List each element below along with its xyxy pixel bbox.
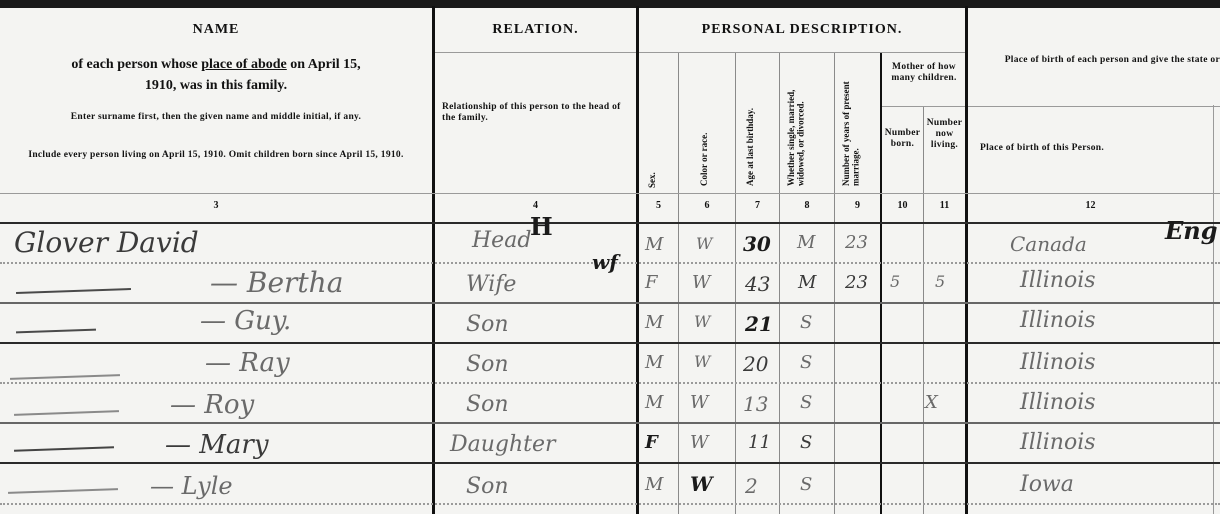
row-rule-6 (0, 462, 1220, 464)
row-1-age: 30 (743, 232, 771, 256)
row-2-birthplace: Illinois (1020, 268, 1096, 293)
col-number-3: 3 (0, 200, 432, 211)
relation-title-rule (435, 52, 636, 53)
row-2-ditto-mark (16, 288, 131, 294)
row-2-children-living: 5 (935, 272, 945, 291)
col-number-10: 10 (882, 200, 923, 211)
row-7-race: W (690, 472, 712, 496)
row-1-name: Glover David (14, 226, 199, 259)
row-6-marital: S (800, 432, 812, 453)
row-7-relation: Son (466, 474, 509, 499)
row-6-name: — Mary (165, 430, 269, 460)
personal-title-rule (639, 52, 965, 53)
row-rule-7 (0, 503, 1220, 505)
row-6-age: 11 (748, 432, 771, 453)
divider-mother-group (880, 52, 882, 514)
row-rule-3 (0, 342, 1220, 344)
col-number-8: 8 (780, 200, 834, 211)
row-6-relation: Daughter (450, 432, 556, 457)
row-2-years-married: 23 (845, 272, 868, 293)
row-2-age: 43 (745, 272, 770, 296)
census-sheet: NAME of each person whose place of abode… (0, 0, 1220, 514)
row-1-relation: Head (472, 228, 531, 253)
row-4-race: W (694, 352, 710, 371)
row-4-ditto-mark (10, 374, 120, 380)
nativity-sub-rule (968, 106, 1220, 107)
col-number-4: 4 (435, 200, 636, 211)
row-1-margin-note: wf (592, 250, 618, 274)
row-rule-4 (0, 382, 1220, 384)
col-years-married-label: Number of years of present marriage. (842, 56, 870, 186)
row-5-birthplace: Illinois (1020, 390, 1096, 415)
row-5-sex: M (645, 392, 663, 413)
mother-group-rule (882, 106, 965, 107)
name-header-line1-pre: of each person whose (71, 57, 201, 72)
row-3-name: — Guy. (200, 306, 291, 336)
col-marital-label: Whether single, married, widowed, or div… (787, 56, 825, 186)
row-4-sex: M (645, 352, 663, 373)
row-6-race: W (690, 432, 709, 453)
row-2-children-born: 5 (890, 272, 900, 291)
divider-col5 (678, 52, 679, 514)
col-number-living-label: Number now living. (924, 118, 965, 151)
col-number-born-label: Number born. (882, 128, 923, 150)
row-1-birthplace-note: Eng (1165, 216, 1218, 245)
row-5-ditto-mark (14, 410, 119, 416)
mother-group-label: Mother of how many children. (884, 62, 964, 84)
row-5-race: W (690, 392, 709, 413)
col-number-6: 6 (679, 200, 735, 211)
divider-col7 (779, 52, 780, 514)
row-3-sex: M (645, 312, 663, 333)
col-race-label: Color or race. (700, 86, 710, 186)
row-1-sex: M (645, 234, 663, 255)
nativity-header-title: Place of birth of each person and give t… (975, 55, 1220, 66)
col-number-7: 7 (736, 200, 779, 211)
name-header-line2: 1910, was in this family. (0, 76, 432, 95)
row-2-name: — Bertha (210, 266, 343, 299)
column-number-rule (0, 193, 1220, 194)
name-header-title: NAME (0, 22, 432, 38)
row-1-birthplace: Canada (1010, 232, 1087, 256)
row-rule-2 (0, 302, 1220, 304)
col-age-label: Age at last birthday. (746, 58, 768, 186)
row-1-years-married: 23 (845, 232, 868, 253)
row-3-ditto-mark (16, 329, 96, 334)
nativity-sub-label: Place of birth of this Person. (980, 143, 1200, 154)
col-number-12: 12 (968, 200, 1213, 211)
row-7-marital: S (800, 474, 812, 495)
personal-description-title: PERSONAL DESCRIPTION. (639, 22, 965, 38)
divider-col6 (735, 52, 736, 514)
col-number-11: 11 (924, 200, 965, 211)
row-2-race: W (692, 272, 711, 293)
row-6-birthplace: Illinois (1020, 430, 1096, 455)
row-3-marital: S (800, 312, 812, 333)
row-5-age: 13 (743, 392, 768, 416)
row-6-ditto-mark (14, 446, 114, 451)
row-5-relation: Son (466, 392, 509, 417)
name-header-line1-post: on April 15, (287, 57, 361, 72)
relation-header-title: RELATION. (435, 22, 636, 38)
row-4-birthplace: Illinois (1020, 350, 1096, 375)
name-header-underlined: place of abode (201, 57, 287, 72)
name-instruction-2: Include every person living on April 15,… (10, 150, 422, 161)
row-7-birthplace: Iowa (1020, 472, 1074, 497)
row-3-race: W (694, 312, 710, 331)
divider-personal-nativity (965, 6, 968, 514)
col-number-5: 5 (639, 200, 678, 211)
row-7-age: 2 (745, 474, 758, 498)
row-3-relation: Son (466, 312, 509, 337)
col-sex-label: Sex. (648, 130, 658, 188)
relation-description: Relationship of this person to the head … (442, 102, 628, 124)
name-header-line1: of each person whose place of abode on A… (0, 55, 432, 74)
row-rule-top (0, 222, 1220, 224)
top-border (0, 0, 1220, 8)
row-4-age: 20 (743, 352, 768, 376)
row-6-sex: F (645, 432, 658, 453)
row-3-birthplace: Illinois (1020, 308, 1096, 333)
row-7-name: — Lyle (150, 472, 233, 500)
divider-name-relation (432, 6, 435, 514)
row-7-sex: M (645, 474, 663, 495)
row-4-name: — Ray (205, 348, 290, 378)
divider-relation-personal (636, 6, 639, 514)
row-rule-5 (0, 422, 1220, 424)
row-7-ditto-mark (8, 488, 118, 494)
row-1-relation-annotation: H (530, 212, 553, 241)
row-5-mother-scribble: X (925, 392, 938, 413)
divider-nativity-sub (1213, 105, 1214, 514)
row-1-race: W (696, 234, 712, 253)
row-5-name: — Roy (170, 390, 254, 420)
row-1-marital: M (797, 232, 815, 253)
row-5-marital: S (800, 392, 812, 413)
row-4-marital: S (800, 352, 812, 373)
col-number-9: 9 (835, 200, 880, 211)
divider-col8 (834, 52, 835, 514)
row-3-age: 21 (745, 312, 773, 336)
row-4-relation: Son (466, 352, 509, 377)
row-2-sex: F (645, 272, 658, 293)
name-instruction-1: Enter surname first, then the given name… (10, 112, 422, 123)
row-2-relation: Wife (466, 272, 516, 297)
divider-col10 (923, 107, 924, 514)
row-2-marital: M (798, 272, 816, 293)
